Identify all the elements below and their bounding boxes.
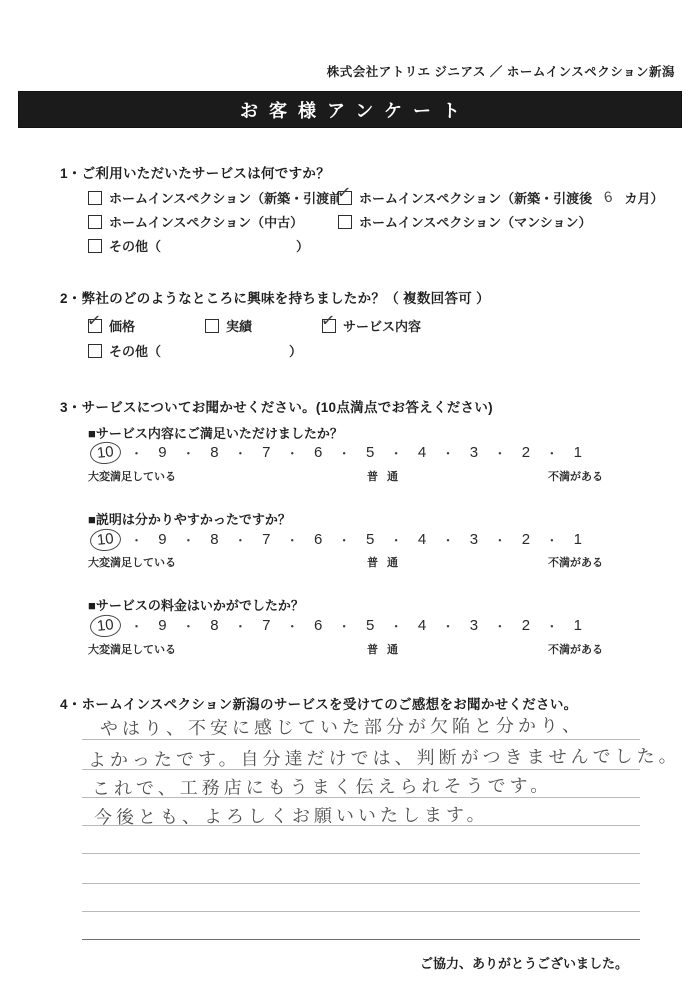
selected-rating-circle: 10 [89, 527, 122, 552]
ruled-line [82, 825, 640, 826]
scale-label-satisfied: 大変満足している [88, 468, 176, 484]
scanned-survey-document: 株式会社アトリエ ジニアス ／ ホームインスペクション新潟 お客様アンケート 1… [0, 0, 700, 990]
company-name: 株式会社アトリエ ジニアス ／ ホームインスペクション新潟 [327, 62, 675, 80]
rating-4: 4 [418, 531, 426, 548]
option-service-content: ✓ サービス内容 [322, 316, 421, 335]
handwritten-feedback-line: やはり、不安に感じていた部分が欠陥と分かり、 [100, 711, 584, 740]
scale-dot: ・ [390, 616, 403, 635]
rating-7: 7 [262, 617, 270, 634]
scale-labels: 大変満足している 普 通 不満がある [88, 468, 603, 482]
ruled-line [82, 797, 640, 798]
rating-scale-explanation-clarity: 10 ・ 9 ・ 8 ・ 7 ・ 6 ・ 5 ・ 4 ・ 3 ・ 2 ・ 1 [96, 530, 582, 549]
option-label: その他 [109, 236, 148, 255]
scale-dot: ・ [338, 443, 351, 462]
scale-labels: 大変満足している 普 通 不満がある [88, 554, 603, 568]
question-1-heading: 1・ご利用いただいたサービスは何ですか？ [60, 162, 330, 182]
paren-open: （ [148, 341, 161, 360]
subquestion-service-price: ■サービスの料金はいかがでしたか？ [88, 595, 304, 614]
scale-dot: ・ [130, 616, 143, 635]
rating-3: 3 [470, 617, 478, 634]
rating-3: 3 [470, 531, 478, 548]
checkbox-q1-other: ✓ [88, 239, 102, 253]
scale-dot: ・ [493, 616, 506, 635]
ruled-line [82, 939, 640, 940]
checkbox-inspection-condo: ✓ [338, 215, 352, 229]
checkbox-inspection-new-post-handover: ✓ [338, 191, 352, 205]
checkbox-price: ✓ [88, 319, 102, 333]
ruled-line [82, 739, 640, 740]
question-2-heading: 2・弊社のどのようなところに興味を持ちましたか？（ 複数回答可 ） [60, 287, 490, 307]
option-label: ホームインスペクション（新築・引渡前） [109, 188, 355, 207]
scale-label-dissatisfied: 不満がある [548, 641, 603, 657]
scale-labels: 大変満足している 普 通 不満がある [88, 641, 603, 655]
rating-2: 2 [522, 444, 530, 461]
scale-dot: ・ [234, 443, 247, 462]
scale-dot: ・ [545, 530, 558, 549]
rating-7: 7 [262, 531, 270, 548]
checkbox-service-content: ✓ [322, 319, 336, 333]
option-label: サービス内容 [343, 316, 421, 335]
option-price: ✓ 価格 [88, 316, 135, 335]
scale-dot: ・ [130, 530, 143, 549]
check-mark-icon: ✓ [320, 310, 336, 331]
scale-dot: ・ [182, 443, 195, 462]
rating-5: 5 [366, 444, 374, 461]
scale-dot: ・ [286, 530, 299, 549]
paren-close: ） [296, 236, 309, 255]
handwritten-months-value: 6 [603, 188, 614, 206]
question-4-heading: 4・ホームインスペクション新潟のサービスを受けてのご感想をお聞かせください。 [60, 693, 577, 713]
checkbox-q2-other: ✓ [88, 344, 102, 358]
option-q2-other: ✓ その他 （ ） [88, 341, 302, 360]
rating-2: 2 [522, 531, 530, 548]
subquestion-service-satisfaction: ■サービス内容にご満足いただけましたか？ [88, 423, 343, 442]
option-inspection-used: ✓ ホームインスペクション（中古） [88, 212, 303, 231]
scale-label-normal: 普 通 [367, 468, 401, 484]
option-label: その他 [109, 341, 148, 360]
rating-8: 8 [210, 444, 218, 461]
checkbox-inspection-used: ✓ [88, 215, 102, 229]
scale-dot: ・ [442, 616, 455, 635]
option-label: 価格 [109, 316, 135, 335]
scale-dot: ・ [338, 530, 351, 549]
rating-7: 7 [262, 444, 270, 461]
option-inspection-new-post-handover: ✓ ホームインスペクション（新築・引渡後 6 カ月） [338, 188, 663, 207]
check-mark-icon: ✓ [336, 182, 352, 203]
thank-you-message: ご協力、ありがとうございました。 [420, 953, 628, 972]
option-label: ホームインスペクション（新築・引渡後 [359, 188, 592, 207]
ruled-line [82, 853, 640, 854]
rating-5: 5 [366, 617, 374, 634]
scale-dot: ・ [390, 443, 403, 462]
question-3-heading: 3・サービスについてお聞かせください。(10点満点でお答えください) [60, 396, 493, 416]
rating-4: 4 [418, 617, 426, 634]
scale-label-dissatisfied: 不満がある [548, 468, 603, 484]
option-label: ホームインスペクション（中古） [109, 212, 303, 231]
scale-dot: ・ [338, 616, 351, 635]
ruled-line [82, 883, 640, 884]
rating-6: 6 [314, 617, 322, 634]
rating-9: 9 [158, 531, 166, 548]
paren-open: （ [148, 236, 161, 255]
selected-rating-circle: 10 [89, 613, 122, 638]
scale-dot: ・ [130, 443, 143, 462]
rating-3: 3 [470, 444, 478, 461]
scale-dot: ・ [493, 443, 506, 462]
rating-1: 1 [574, 444, 582, 461]
scale-label-normal: 普 通 [367, 641, 401, 657]
scale-label-normal: 普 通 [367, 554, 401, 570]
option-label: 実績 [226, 316, 252, 335]
scale-dot: ・ [286, 443, 299, 462]
scale-dot: ・ [234, 616, 247, 635]
rating-10: 10 [96, 530, 114, 549]
selected-rating-circle: 10 [89, 440, 122, 465]
rating-4: 4 [418, 444, 426, 461]
rating-8: 8 [210, 531, 218, 548]
survey-title-banner: お客様アンケート [18, 91, 682, 128]
scale-dot: ・ [442, 443, 455, 462]
scale-dot: ・ [286, 616, 299, 635]
rating-9: 9 [158, 617, 166, 634]
rating-10: 10 [96, 443, 114, 462]
scale-dot: ・ [182, 530, 195, 549]
rating-6: 6 [314, 444, 322, 461]
scale-dot: ・ [234, 530, 247, 549]
scale-dot: ・ [182, 616, 195, 635]
paren-close: ） [289, 341, 302, 360]
check-mark-icon: ✓ [86, 310, 102, 331]
survey-title: お客様アンケート [240, 97, 471, 123]
rating-10: 10 [96, 616, 114, 635]
rating-8: 8 [210, 617, 218, 634]
option-inspection-condo: ✓ ホームインスペクション（マンション） [338, 212, 592, 231]
rating-1: 1 [574, 531, 582, 548]
option-track-record: ✓ 実績 [205, 316, 252, 335]
scale-label-dissatisfied: 不満がある [548, 554, 603, 570]
rating-5: 5 [366, 531, 374, 548]
option-inspection-new-pre-handover: ✓ ホームインスペクション（新築・引渡前） [88, 188, 355, 207]
scale-dot: ・ [545, 616, 558, 635]
scale-dot: ・ [442, 530, 455, 549]
handwritten-feedback-line: よかったです。自分達だけでは、判断がつきませんでした。 [88, 742, 681, 772]
subquestion-explanation-clarity: ■説明は分かりやすかったですか？ [88, 509, 291, 528]
scale-label-satisfied: 大変満足している [88, 641, 176, 657]
scale-dot: ・ [493, 530, 506, 549]
scale-label-satisfied: 大変満足している [88, 554, 176, 570]
rating-scale-service-price: 10 ・ 9 ・ 8 ・ 7 ・ 6 ・ 5 ・ 4 ・ 3 ・ 2 ・ 1 [96, 616, 582, 635]
checkbox-inspection-new-pre-handover: ✓ [88, 191, 102, 205]
option-label: カ月） [624, 188, 663, 207]
rating-scale-service-satisfaction: 10 ・ 9 ・ 8 ・ 7 ・ 6 ・ 5 ・ 4 ・ 3 ・ 2 ・ 1 [96, 443, 582, 462]
rating-2: 2 [522, 617, 530, 634]
option-label: ホームインスペクション（マンション） [359, 212, 592, 231]
rating-9: 9 [158, 444, 166, 461]
option-q1-other: ✓ その他 （ ） [88, 236, 309, 255]
scale-dot: ・ [390, 530, 403, 549]
ruled-line [82, 769, 640, 770]
rating-1: 1 [574, 617, 582, 634]
scale-dot: ・ [545, 443, 558, 462]
ruled-line [82, 911, 640, 912]
checkbox-track-record: ✓ [205, 319, 219, 333]
rating-6: 6 [314, 531, 322, 548]
